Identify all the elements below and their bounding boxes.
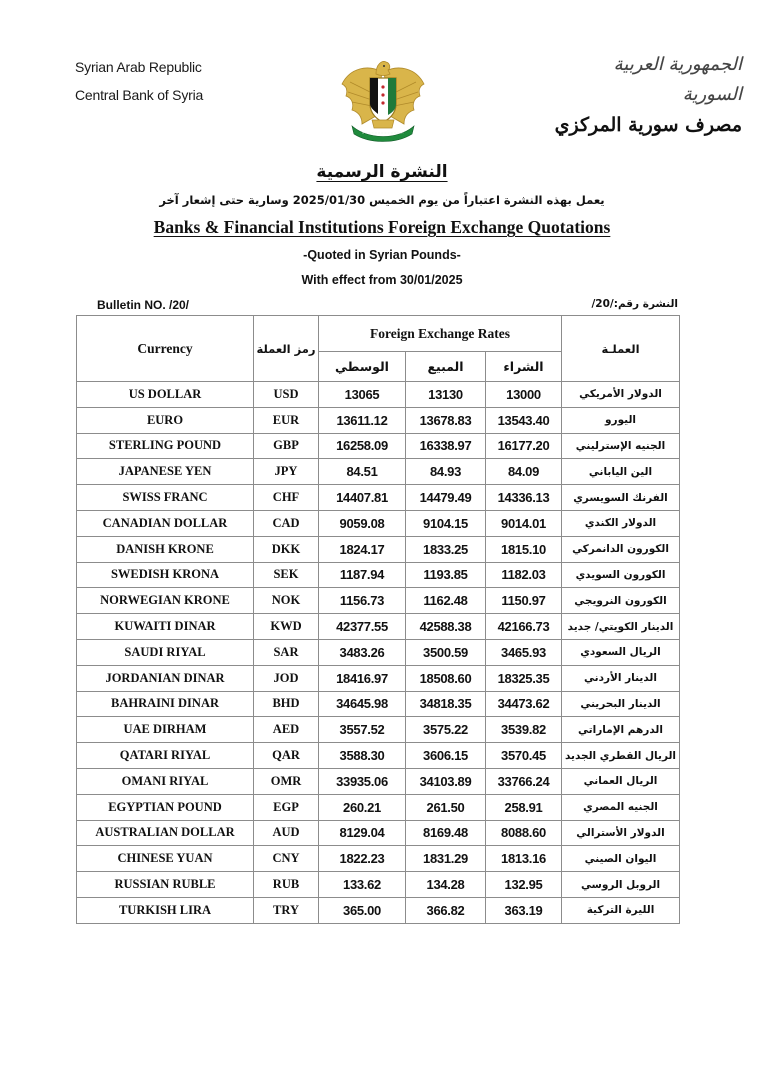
currency-name-ar: الفرنك السويسري xyxy=(562,485,680,511)
sell-rate: 14479.49 xyxy=(406,485,486,511)
currency-code: JOD xyxy=(254,665,319,691)
currency-code: JPY xyxy=(254,459,319,485)
sell-rate: 1831.29 xyxy=(406,846,486,872)
sell-rate: 3500.59 xyxy=(406,639,486,665)
mid-rate: 84.51 xyxy=(319,459,406,485)
table-row: UAE DIRHAMAED3557.523575.223539.82الدرهم… xyxy=(77,717,680,743)
table-row: US DOLLARUSD130651313013000الدولار الأمر… xyxy=(77,382,680,408)
header-currency: Currency xyxy=(77,316,254,382)
mid-rate: 13611.12 xyxy=(319,407,406,433)
currency-name: EGYPTIAN POUND xyxy=(77,794,254,820)
table-row: SAUDI RIYALSAR3483.263500.593465.93الريا… xyxy=(77,639,680,665)
table-row: AUSTRALIAN DOLLARAUD8129.048169.488088.6… xyxy=(77,820,680,846)
currency-name: SWEDISH KRONA xyxy=(77,562,254,588)
table-row: BAHRAINI DINARBHD34645.9834818.3534473.6… xyxy=(77,691,680,717)
buy-rate: 1813.16 xyxy=(486,846,562,872)
currency-name: AUSTRALIAN DOLLAR xyxy=(77,820,254,846)
buy-rate: 34473.62 xyxy=(486,691,562,717)
currency-name-ar: الجنيه المصري xyxy=(562,794,680,820)
currency-code: BHD xyxy=(254,691,319,717)
buy-rate: 258.91 xyxy=(486,794,562,820)
table-row: KUWAITI DINARKWD42377.5542588.3842166.73… xyxy=(77,614,680,640)
header-en-line1: Syrian Arab Republic xyxy=(75,59,202,75)
sell-rate: 34818.35 xyxy=(406,691,486,717)
currency-code: OMR xyxy=(254,768,319,794)
mid-rate: 16258.09 xyxy=(319,433,406,459)
buy-rate: 84.09 xyxy=(486,459,562,485)
currency-code: RUB xyxy=(254,872,319,898)
currency-name: SWISS FRANC xyxy=(77,485,254,511)
eagle-emblem-icon xyxy=(338,54,428,142)
currency-name-ar: الروبل الروسي xyxy=(562,872,680,898)
header-arabic-logotype: الجمهورية العربية السورية مصرف سورية الم… xyxy=(552,50,742,116)
currency-code: SAR xyxy=(254,639,319,665)
buy-rate: 13000 xyxy=(486,382,562,408)
currency-name-ar: الريال العماني xyxy=(562,768,680,794)
mid-rate: 1822.23 xyxy=(319,846,406,872)
table-header-row: Currency رمز العملة Foreign Exchange Rat… xyxy=(77,316,680,352)
mid-rate: 34645.98 xyxy=(319,691,406,717)
table-row: JORDANIAN DINARJOD18416.9718508.6018325.… xyxy=(77,665,680,691)
sell-rate: 34103.89 xyxy=(406,768,486,794)
currency-code: CNY xyxy=(254,846,319,872)
currency-name-ar: الكورون السويدي xyxy=(562,562,680,588)
buy-rate: 14336.13 xyxy=(486,485,562,511)
currency-code: USD xyxy=(254,382,319,408)
table-row: STERLING POUNDGBP16258.0916338.9716177.2… xyxy=(77,433,680,459)
table-row: NORWEGIAN KRONENOK1156.731162.481150.97ا… xyxy=(77,588,680,614)
mid-rate: 42377.55 xyxy=(319,614,406,640)
table-row: TURKISH LIRATRY365.00366.82363.19الليرة … xyxy=(77,897,680,923)
table-row: SWISS FRANCCHF14407.8114479.4914336.13ال… xyxy=(77,485,680,511)
mid-rate: 1156.73 xyxy=(319,588,406,614)
buy-rate: 18325.35 xyxy=(486,665,562,691)
header-code-ar: رمز العملة xyxy=(254,316,319,382)
currency-name-ar: الدولار الكندي xyxy=(562,510,680,536)
buy-rate: 3465.93 xyxy=(486,639,562,665)
currency-name: NORWEGIAN KRONE xyxy=(77,588,254,614)
sell-rate: 1193.85 xyxy=(406,562,486,588)
currency-name: UAE DIRHAM xyxy=(77,717,254,743)
currency-name: BAHRAINI DINAR xyxy=(77,691,254,717)
currency-name-ar: الدينار البحريني xyxy=(562,691,680,717)
buy-rate: 3539.82 xyxy=(486,717,562,743)
table-row: JAPANESE YENJPY84.5184.9384.09الين الياب… xyxy=(77,459,680,485)
currency-name: DANISH KRONE xyxy=(77,536,254,562)
currency-name: STERLING POUND xyxy=(77,433,254,459)
currency-name-ar: الدينار الأردني xyxy=(562,665,680,691)
table-row: CANADIAN DOLLARCAD9059.089104.159014.01ا… xyxy=(77,510,680,536)
currency-name-ar: الدينار الكويتي/ جديد xyxy=(562,614,680,640)
header-en-line2: Central Bank of Syria xyxy=(75,87,203,103)
buy-rate: 132.95 xyxy=(486,872,562,898)
sell-rate: 3575.22 xyxy=(406,717,486,743)
currency-name: KUWAITI DINAR xyxy=(77,614,254,640)
sell-rate: 1833.25 xyxy=(406,536,486,562)
mid-rate: 8129.04 xyxy=(319,820,406,846)
currency-name-ar: الدرهم الإماراتي xyxy=(562,717,680,743)
currency-code: QAR xyxy=(254,743,319,769)
header-rates-group: Foreign Exchange Rates xyxy=(319,316,562,352)
currency-name-ar: الريال السعودي xyxy=(562,639,680,665)
currency-name-ar: الدولار الأمريكي xyxy=(562,382,680,408)
currency-code: GBP xyxy=(254,433,319,459)
sell-rate: 1162.48 xyxy=(406,588,486,614)
currency-name-ar: اليورو xyxy=(562,407,680,433)
arabic-title-text: النشرة الرسمية xyxy=(316,162,447,182)
sell-rate: 42588.38 xyxy=(406,614,486,640)
header-ar-line2: مصرف سورية المركزي xyxy=(552,110,742,140)
currency-name: SAUDI RIYAL xyxy=(77,639,254,665)
currency-code: CHF xyxy=(254,485,319,511)
table-row: CHINESE YUANCNY1822.231831.291813.16اليو… xyxy=(77,846,680,872)
header-sell-ar: المبيع xyxy=(406,352,486,382)
buy-rate: 1815.10 xyxy=(486,536,562,562)
currency-code: EGP xyxy=(254,794,319,820)
bulletin-number-en: Bulletin NO. /20/ xyxy=(97,298,189,312)
currency-name: QATARI RIYAL xyxy=(77,743,254,769)
sell-rate: 3606.15 xyxy=(406,743,486,769)
currency-name: CANADIAN DOLLAR xyxy=(77,510,254,536)
sell-rate: 9104.15 xyxy=(406,510,486,536)
buy-rate: 42166.73 xyxy=(486,614,562,640)
mid-rate: 1187.94 xyxy=(319,562,406,588)
mid-rate: 13065 xyxy=(319,382,406,408)
currency-name-ar: الكورون النرويجي xyxy=(562,588,680,614)
table-row: OMANI RIYALOMR33935.0634103.8933766.24ال… xyxy=(77,768,680,794)
currency-name-ar: الريال القطري الجديد xyxy=(562,743,680,769)
currency-name: OMANI RIYAL xyxy=(77,768,254,794)
currency-name-ar: الدولار الأسترالي xyxy=(562,820,680,846)
english-title-text: Banks & Financial Institutions Foreign E… xyxy=(154,217,611,237)
mid-rate: 3483.26 xyxy=(319,639,406,665)
exchange-rates-table: Currency رمز العملة Foreign Exchange Rat… xyxy=(76,315,680,924)
quoted-note: -Quoted in Syrian Pounds- xyxy=(0,248,764,262)
currency-code: EUR xyxy=(254,407,319,433)
effective-date: With effect from 30/01/2025 xyxy=(0,273,764,287)
sell-rate: 261.50 xyxy=(406,794,486,820)
currency-name: EURO xyxy=(77,407,254,433)
mid-rate: 33935.06 xyxy=(319,768,406,794)
buy-rate: 1182.03 xyxy=(486,562,562,588)
arabic-title: النشرة الرسمية xyxy=(0,162,764,182)
buy-rate: 3570.45 xyxy=(486,743,562,769)
mid-rate: 260.21 xyxy=(319,794,406,820)
table-row: EGYPTIAN POUNDEGP260.21261.50258.91الجني… xyxy=(77,794,680,820)
currency-code: TRY xyxy=(254,897,319,923)
currency-code: KWD xyxy=(254,614,319,640)
buy-rate: 8088.60 xyxy=(486,820,562,846)
sell-rate: 84.93 xyxy=(406,459,486,485)
sell-rate: 13130 xyxy=(406,382,486,408)
header-currency-ar: العملـة xyxy=(562,316,680,382)
mid-rate: 3588.30 xyxy=(319,743,406,769)
currency-name: CHINESE YUAN xyxy=(77,846,254,872)
header-buy-ar: الشراء xyxy=(486,352,562,382)
mid-rate: 14407.81 xyxy=(319,485,406,511)
table-row: SWEDISH KRONASEK1187.941193.851182.03الك… xyxy=(77,562,680,588)
english-title: Banks & Financial Institutions Foreign E… xyxy=(0,217,764,238)
buy-rate: 16177.20 xyxy=(486,433,562,459)
currency-name: JAPANESE YEN xyxy=(77,459,254,485)
mid-rate: 365.00 xyxy=(319,897,406,923)
table-row: DANISH KRONEDKK1824.171833.251815.10الكو… xyxy=(77,536,680,562)
currency-name: TURKISH LIRA xyxy=(77,897,254,923)
currency-name-ar: الجنيه الإسترليني xyxy=(562,433,680,459)
currency-name-ar: اليوان الصيني xyxy=(562,846,680,872)
buy-rate: 13543.40 xyxy=(486,407,562,433)
sell-rate: 13678.83 xyxy=(406,407,486,433)
sell-rate: 16338.97 xyxy=(406,433,486,459)
mid-rate: 3557.52 xyxy=(319,717,406,743)
mid-rate: 9059.08 xyxy=(319,510,406,536)
currency-name-ar: الليرة التركية xyxy=(562,897,680,923)
sell-rate: 8169.48 xyxy=(406,820,486,846)
currency-name: JORDANIAN DINAR xyxy=(77,665,254,691)
currency-code: NOK xyxy=(254,588,319,614)
mid-rate: 1824.17 xyxy=(319,536,406,562)
currency-code: CAD xyxy=(254,510,319,536)
sell-rate: 366.82 xyxy=(406,897,486,923)
buy-rate: 9014.01 xyxy=(486,510,562,536)
arabic-subtitle: يعمل بهذه النشرة اعتباراً من يوم الخميس … xyxy=(0,193,764,207)
bulletin-number-ar: النشرة رقم:/20/ xyxy=(560,298,678,310)
currency-code: DKK xyxy=(254,536,319,562)
currency-code: AUD xyxy=(254,820,319,846)
mid-rate: 133.62 xyxy=(319,872,406,898)
table-row: EUROEUR13611.1213678.8313543.40اليورو xyxy=(77,407,680,433)
currency-name: US DOLLAR xyxy=(77,382,254,408)
buy-rate: 1150.97 xyxy=(486,588,562,614)
sell-rate: 18508.60 xyxy=(406,665,486,691)
mid-rate: 18416.97 xyxy=(319,665,406,691)
header-ar-line1: الجمهورية العربية السورية xyxy=(552,50,742,110)
currency-code: SEK xyxy=(254,562,319,588)
buy-rate: 33766.24 xyxy=(486,768,562,794)
currency-name-ar: الين الياباني xyxy=(562,459,680,485)
header-mid-ar: الوسطي xyxy=(319,352,406,382)
table-row: RUSSIAN RUBLERUB133.62134.28132.95الروبل… xyxy=(77,872,680,898)
currency-code: AED xyxy=(254,717,319,743)
currency-name: RUSSIAN RUBLE xyxy=(77,872,254,898)
sell-rate: 134.28 xyxy=(406,872,486,898)
table-row: QATARI RIYALQAR3588.303606.153570.45الري… xyxy=(77,743,680,769)
currency-name-ar: الكورون الدانمركي xyxy=(562,536,680,562)
buy-rate: 363.19 xyxy=(486,897,562,923)
